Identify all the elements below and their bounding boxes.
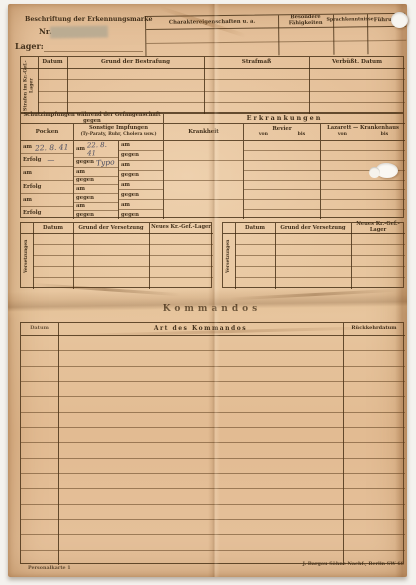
versetzungen-table-right: Versetzungen Datum Grund der Versetzung …	[222, 222, 404, 288]
kommandos-col-rueckkehr: Rückkehrdatum	[343, 323, 405, 335]
versetzungen-col-datum: Datum	[235, 223, 275, 233]
versetzungen-col-grund: Grund der Versetzung	[275, 223, 351, 233]
strafen-side-label: Strafen im Kr.-Gef.-Lager	[22, 59, 37, 112]
col-sprachkenntnisse: Sprachkenntnisse	[333, 14, 367, 27]
sonstige-header: Sonstige Impfungen (Ty-Paraty, Ruhr, Cho…	[74, 124, 164, 141]
krankheit-header: Krankheit	[164, 124, 244, 141]
kommandos-col-art: Art des Kommandos	[58, 323, 343, 335]
lazarett-column	[321, 141, 405, 219]
sonstige-row-label: gegen	[121, 212, 139, 218]
sonstige-row-label: am	[76, 203, 85, 209]
revier-von-label: von	[259, 132, 268, 137]
pocken-row-label: Erfolg	[23, 210, 41, 216]
revier-header: Revier von bis	[244, 124, 321, 141]
sonstige-row-label: gegen	[76, 195, 94, 201]
sonstige-row-label: am	[121, 142, 130, 148]
nr-label: Nr.	[39, 28, 52, 37]
versetzungen-col-datum: Datum	[33, 223, 73, 233]
strafen-col-datum: Datum	[38, 57, 67, 68]
strafen-col-strafmass: Strafmaß	[204, 57, 309, 68]
printer-imprint: J. Bargou Söhne Nachf., Berlin SW 68	[254, 562, 404, 568]
sonstige-row-label: gegen	[121, 152, 139, 158]
versetzungen-side-label: Versetzungen	[21, 225, 32, 287]
impfungen-title: Schutzimpfungen während der Gefangenscha…	[21, 114, 164, 124]
erkennungsmarke-label: Beschriftung der Erkennungsmarke	[25, 16, 152, 23]
pocken-row-label: am	[23, 170, 32, 176]
lager-label: Lager:	[15, 42, 44, 51]
erkrankungen-title: Erkrankungen	[164, 114, 405, 124]
versetzungen-col-lager: Neues Kr.-Gef.-Lager	[351, 223, 405, 233]
col-charaktereigenschaften: Charaktereigenschaften u. a.	[146, 15, 278, 30]
pocken-date-handwritten: 22. 8. 41	[35, 142, 69, 152]
sonstige-row-label: am	[121, 162, 130, 168]
impfungen-erkrankungen-table: Schutzimpfungen während der Gefangenscha…	[20, 113, 404, 218]
sonstige-typo-handwritten: Typo	[96, 157, 115, 167]
revier-column	[244, 141, 321, 219]
sonstige-sublabel: (Ty-Paraty, Ruhr, Cholera usw.)	[80, 132, 156, 137]
sonstige-row-label: am	[121, 182, 130, 188]
sonstige-row-label: gegen	[121, 172, 139, 178]
sonstige-row-label: am	[76, 146, 85, 152]
pocken-row-label: am	[23, 197, 32, 203]
sonstige-row-label: am	[76, 186, 85, 192]
kommandos-rows	[21, 336, 405, 565]
kommandos-col-datum: Datum	[21, 323, 58, 335]
pocken-header: Pocken	[21, 124, 74, 141]
lazarett-von-label: von	[338, 132, 347, 137]
sonstige-row-label: gegen	[76, 177, 94, 183]
col-besondere-faehigkeiten: Besondere Fähigkeiten	[278, 15, 333, 29]
sonstige-column-2: am gegen am gegen am gegen am gegen	[119, 141, 164, 219]
sonstige-row-label: am	[76, 169, 85, 175]
kommandos-title: Kommandos	[20, 304, 404, 314]
strafen-col-grund: Grund der Bestrafung	[67, 57, 204, 68]
strafen-col-verbuesst: Verbüßt. Datum	[309, 57, 405, 68]
versetzungen-side-label: Versetzungen	[223, 225, 234, 287]
pocken-row-label: Erfolg	[23, 184, 41, 190]
form-number-label: Personalkarte 1	[28, 566, 71, 572]
lazarett-bis-label: bis	[381, 132, 389, 137]
sonstige-row-label: gegen	[76, 212, 94, 218]
revier-bis-label: bis	[298, 132, 306, 137]
pocken-row-label: Erfolg	[23, 157, 41, 163]
sonstige-row-label: gegen	[76, 159, 94, 165]
col-fuehrung: Führung	[367, 14, 406, 27]
sonstige-row-label: gegen	[121, 192, 139, 198]
sonstige-date-handwritten: 22. 8. 41	[87, 140, 118, 157]
pocken-row-label: am	[23, 144, 32, 150]
versetzungen-col-lager: Neues Kr.-Gef.-Lager	[149, 223, 213, 233]
lazarett-header: Lazarett — Krankenhaus von bis	[321, 124, 405, 141]
pocken-erfolg-handwritten: —	[47, 156, 54, 164]
sonstige-row-label: am	[121, 202, 130, 208]
strafen-table: Strafen im Kr.-Gef.-Lager Datum Grund de…	[20, 56, 404, 113]
characteristics-table: Charaktereigenschaften u. a. Besondere F…	[145, 13, 405, 56]
pocken-column: am22. 8. 41 Erfolg— am Erfolg am Erfolg	[21, 141, 74, 219]
kommandos-table: Datum Art des Kommandos Rückkehrdatum	[20, 322, 404, 564]
sonstige-column-1: am22. 8. 41 gegenTypo am gegen am gegen …	[74, 141, 119, 219]
versetzungen-table-left: Versetzungen Datum Grund der Versetzung …	[20, 222, 212, 288]
krankheit-column	[164, 141, 244, 219]
versetzungen-col-grund: Grund der Versetzung	[73, 223, 149, 233]
scanned-document: Beschriftung der Erkennungsmarke Nr. Lag…	[0, 0, 416, 585]
